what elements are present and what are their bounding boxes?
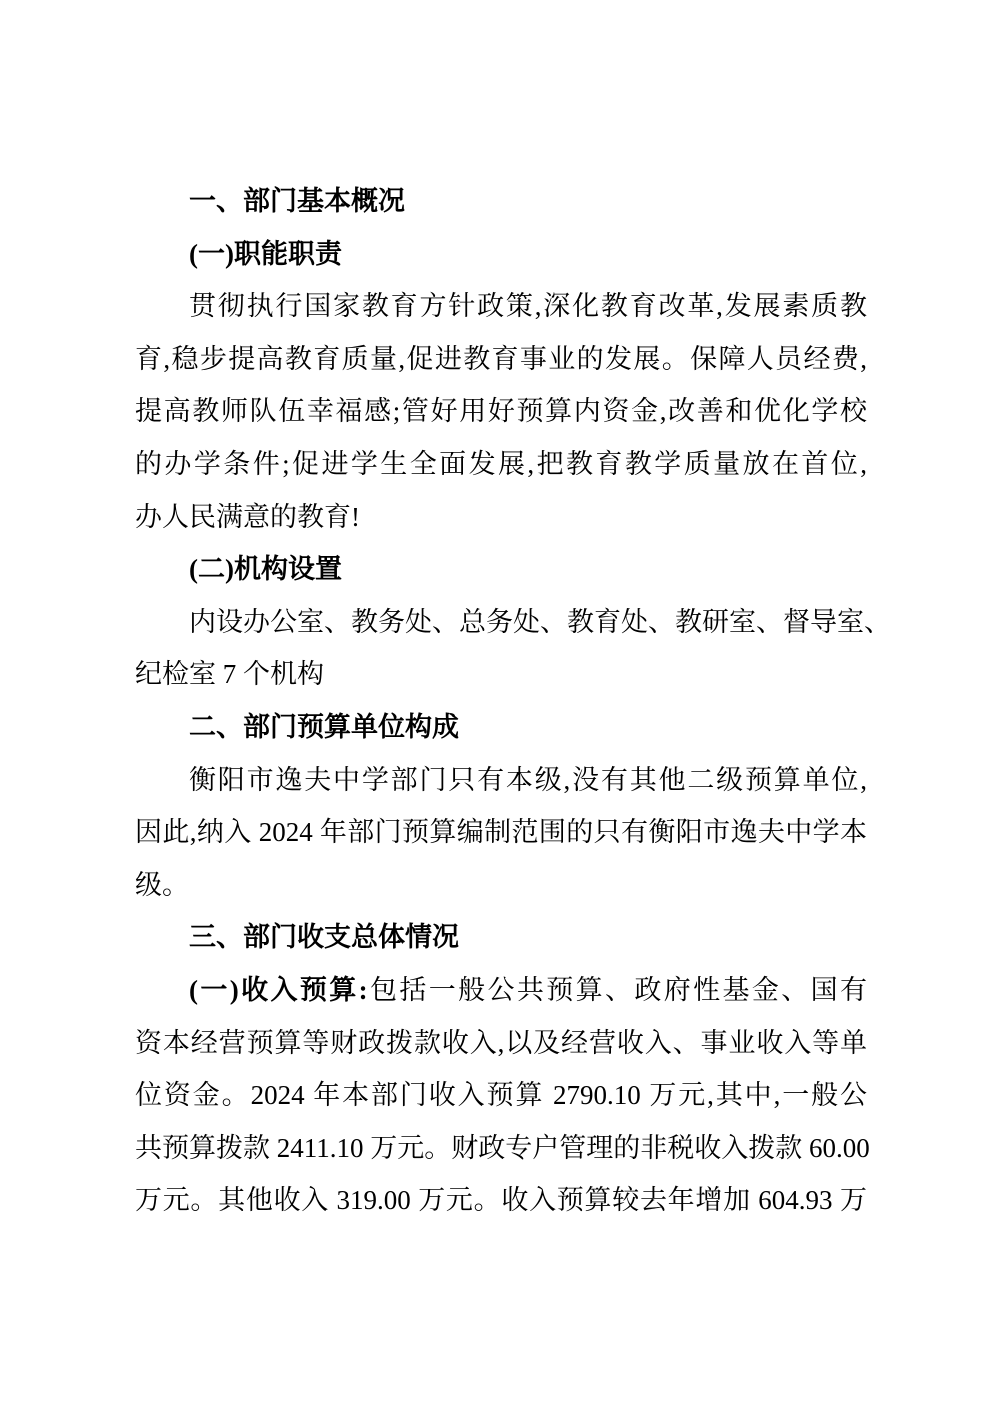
paragraph-line: 育,稳步提高教育质量,促进教育事业的发展。保障人员经费,	[135, 333, 867, 386]
subsection-heading: (一)职能职责	[135, 228, 867, 281]
section-heading: 三、部门收支总体情况	[135, 911, 867, 964]
paragraph-line: (一)收入预算:包括一般公共预算、政府性基金、国有	[135, 964, 867, 1017]
paragraph-line: 纪检室 7 个机构	[135, 648, 867, 701]
subsection-heading: (二)机构设置	[135, 543, 867, 596]
paragraph-line: 级。	[135, 859, 867, 912]
paragraph-line: 资本经营预算等财政拨款收入,以及经营收入、事业收入等单	[135, 1017, 867, 1070]
paragraph-line: 衡阳市逸夫中学部门只有本级,没有其他二级预算单位,	[135, 754, 867, 807]
paragraph-line: 提高教师队伍幸福感;管好用好预算内资金,改善和优化学校	[135, 385, 867, 438]
paragraph-line: 内设办公室、教务处、总务处、教育处、教研室、督导室、	[135, 596, 867, 649]
paragraph-line: 万元。其他收入 319.00 万元。收入预算较去年增加 604.93 万	[135, 1174, 867, 1227]
paragraph-lead-bold: (一)收入预算:	[189, 975, 368, 1005]
paragraph-line: 共预算拨款 2411.10 万元。财政专户管理的非税收入拨款 60.00	[135, 1122, 867, 1175]
paragraph-line: 因此,纳入 2024 年部门预算编制范围的只有衡阳市逸夫中学本	[135, 806, 867, 859]
document-text-block: 一、部门基本概况 (一)职能职责 贯彻执行国家教育方针政策,深化教育改革,发展素…	[135, 175, 867, 1227]
paragraph-line-text: 包括一般公共预算、政府性基金、国有	[368, 975, 867, 1005]
section-heading: 二、部门预算单位构成	[135, 701, 867, 754]
paragraph-line: 的办学条件;促进学生全面发展,把教育教学质量放在首位,	[135, 438, 867, 491]
document-page: 一、部门基本概况 (一)职能职责 贯彻执行国家教育方针政策,深化教育改革,发展素…	[0, 0, 1000, 1414]
paragraph-line: 位资金。2024 年本部门收入预算 2790.10 万元,其中,一般公	[135, 1069, 867, 1122]
paragraph-line: 办人民满意的教育!	[135, 491, 867, 544]
section-heading: 一、部门基本概况	[135, 175, 867, 228]
paragraph-line: 贯彻执行国家教育方针政策,深化教育改革,发展素质教	[135, 280, 867, 333]
